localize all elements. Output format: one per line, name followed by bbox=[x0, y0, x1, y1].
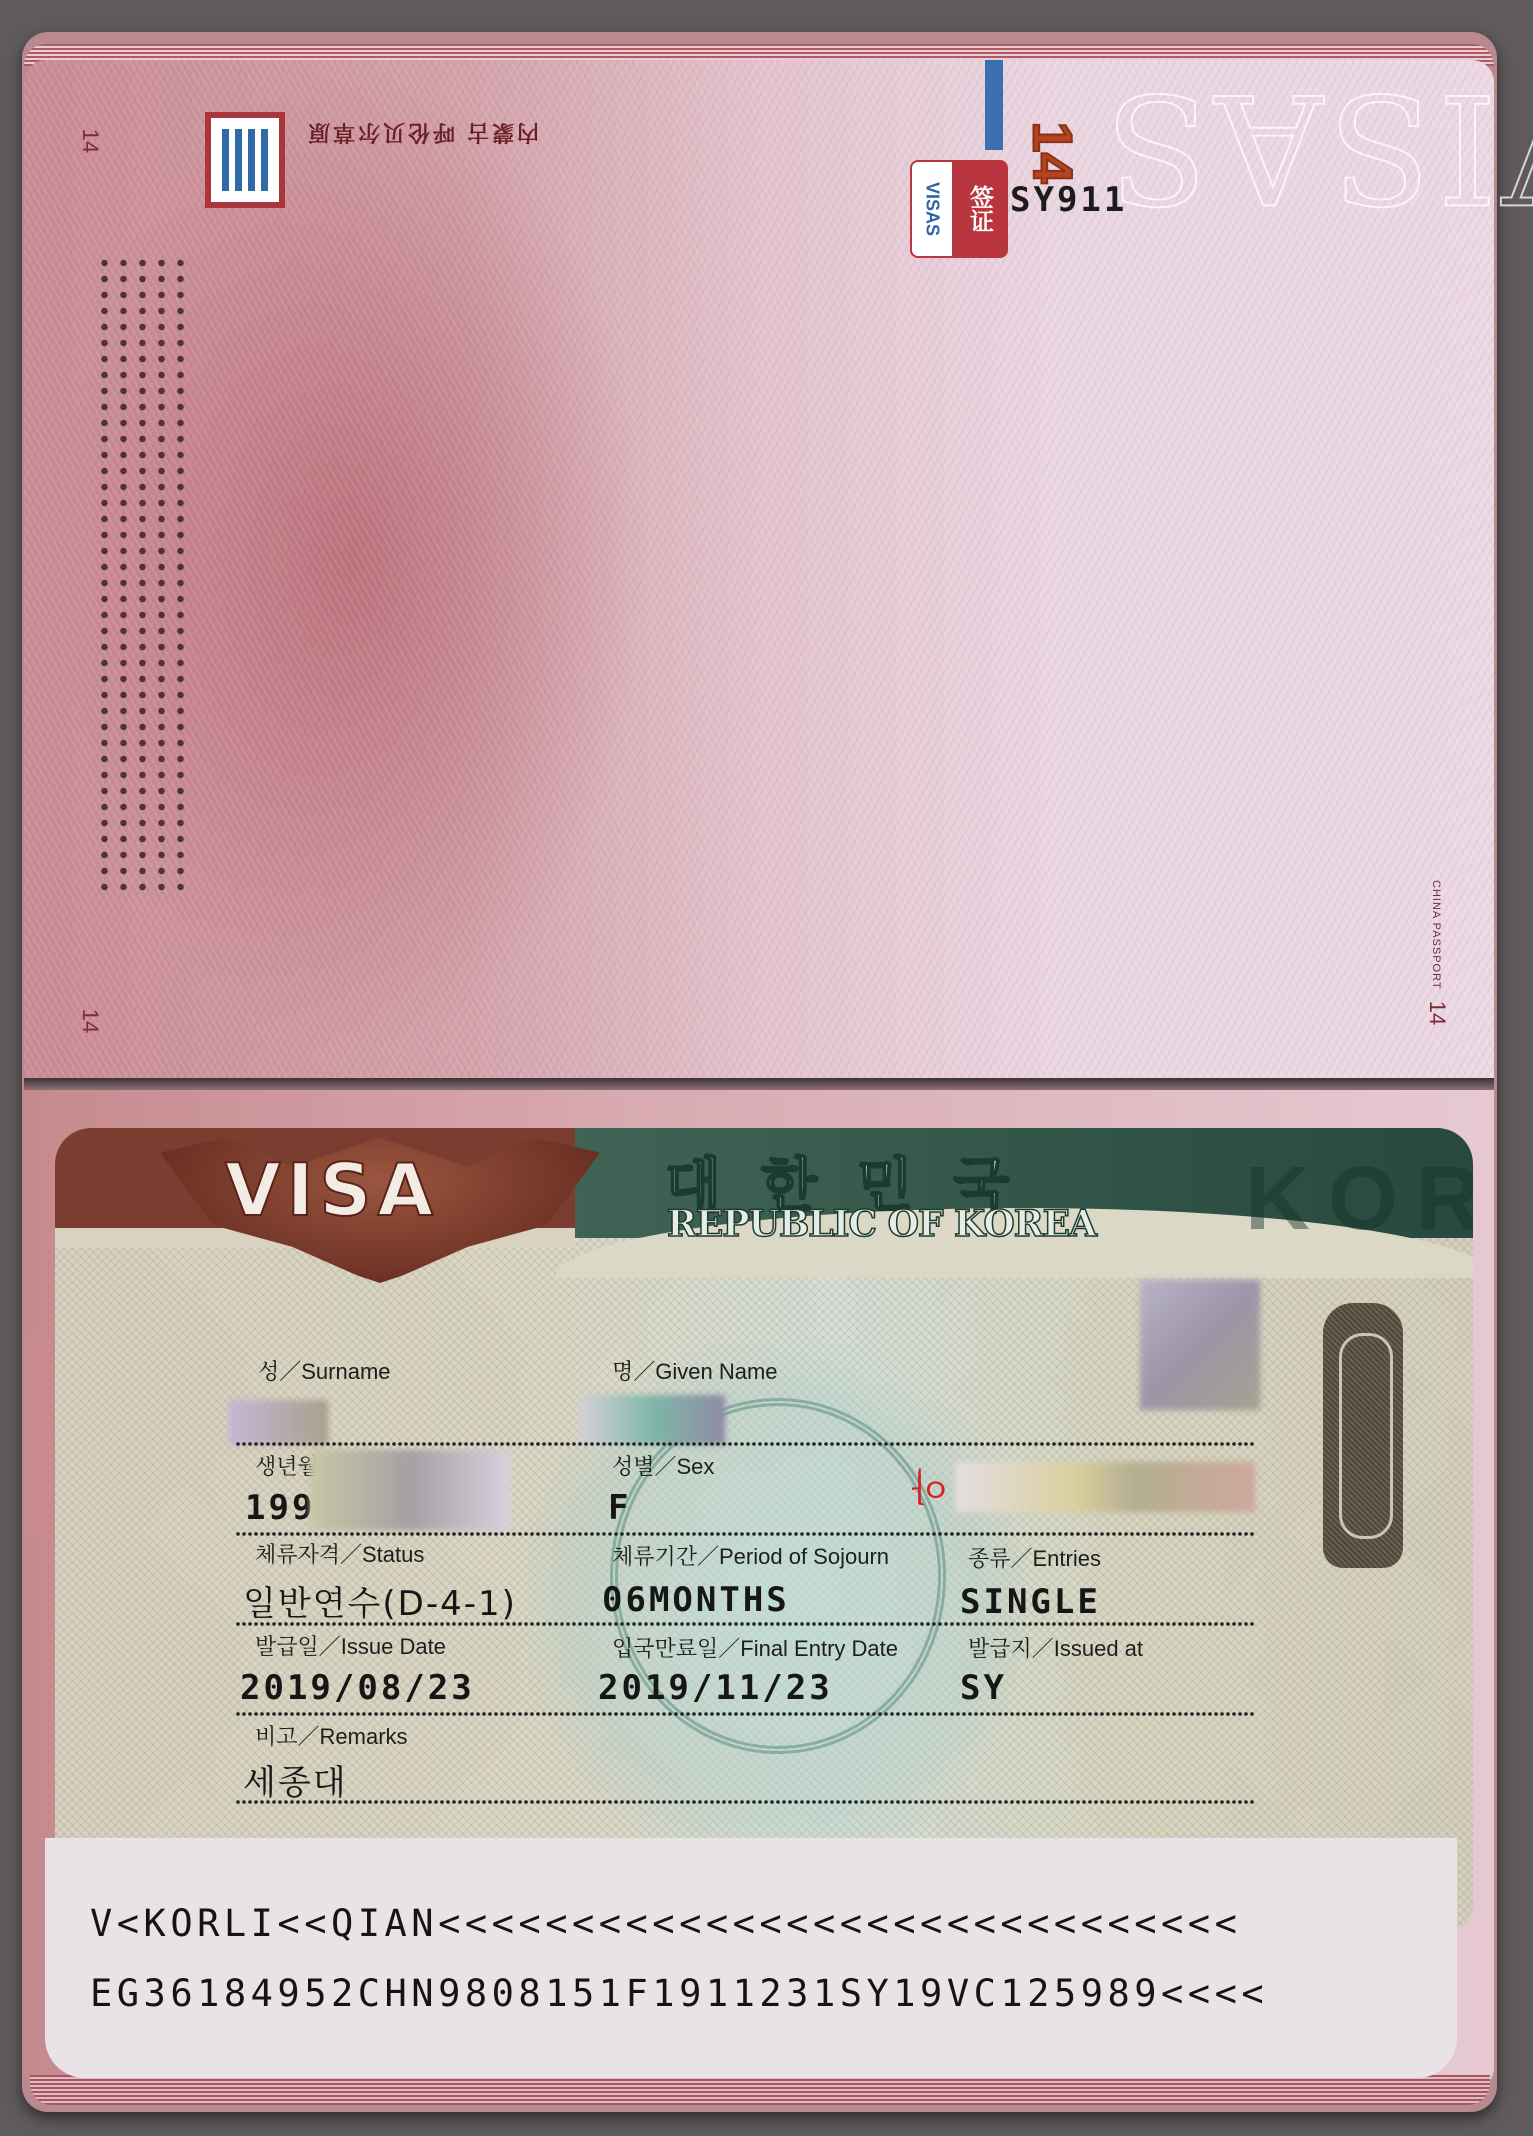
entries-value: SINGLE bbox=[960, 1582, 1101, 1622]
china-passport-label: CHINA PASSPORT bbox=[1430, 880, 1442, 990]
redacted-number bbox=[955, 1462, 1255, 1512]
final-entry-label: 입국만료일／Final Entry Date bbox=[612, 1632, 898, 1663]
mrz-line-2: EG36184952CHN9808151F1911231SY19VC125989… bbox=[90, 1972, 1268, 2015]
perforated-passport-number bbox=[95, 255, 185, 895]
booklet-fold bbox=[24, 1078, 1494, 1090]
period-label: 체류기간／Period of Sojourn bbox=[612, 1540, 889, 1571]
kor-watermark: KOR bbox=[1245, 1148, 1473, 1251]
remarks-value: 세종대 bbox=[243, 1755, 348, 1804]
visas-watermark: VISAS bbox=[1100, 60, 1533, 234]
issue-date-value: 2019/08/23 bbox=[240, 1668, 475, 1708]
row-divider bbox=[235, 1442, 1255, 1446]
visa-title: VISA bbox=[225, 1148, 439, 1232]
page-edges-bottom bbox=[30, 2075, 1490, 2105]
status-value: 일반연수(D-4-1) bbox=[243, 1576, 517, 1625]
final-entry-value: 2019/11/23 bbox=[598, 1668, 833, 1708]
page-number-top-left: 14 bbox=[77, 129, 103, 153]
birth-date-redacted bbox=[310, 1450, 510, 1530]
redacted-photo-area bbox=[1140, 1280, 1260, 1410]
remarks-label: 비고／Remarks bbox=[255, 1720, 408, 1751]
row-divider bbox=[235, 1622, 1255, 1626]
given-name-label: 명／Given Name bbox=[612, 1355, 778, 1386]
row-divider bbox=[235, 1712, 1255, 1716]
entries-label: 종류／Entries bbox=[968, 1542, 1101, 1573]
korean-visa-sticker: VISA 대한민국 REPUBLIC OF KOREA KOR bbox=[55, 1128, 1473, 1928]
issued-at-value: SY bbox=[960, 1668, 1007, 1708]
red-stamp-mark: 아 bbox=[905, 1468, 960, 1506]
page-number-bottom-left: 14 bbox=[77, 1009, 103, 1033]
mrz-line-1: V<KORLI<<QIAN<<<<<<<<<<<<<<<<<<<<<<<<<<<… bbox=[90, 1902, 1241, 1945]
traditional-ornament-icon bbox=[1323, 1303, 1403, 1568]
row-divider bbox=[235, 1532, 1255, 1536]
given-name-value-redacted bbox=[580, 1395, 725, 1445]
visas-badge: VISAS 签证 bbox=[910, 160, 1008, 258]
visa-document-number: SY911 bbox=[1010, 180, 1127, 220]
region-emblem-icon bbox=[205, 112, 285, 208]
issue-date-label: 발급일／Issue Date bbox=[255, 1630, 446, 1661]
security-ribbon bbox=[985, 60, 1003, 150]
period-value: 06MONTHS bbox=[602, 1580, 790, 1620]
issued-at-label: 발급지／Issued at bbox=[968, 1632, 1143, 1663]
surname-value-redacted bbox=[228, 1400, 328, 1445]
visas-badge-chinese: 签证 bbox=[952, 162, 1006, 256]
scenic-location-caption: 内蒙古 呼伦贝尔草原 bbox=[305, 118, 539, 149]
page-number-right: 14 bbox=[1424, 1001, 1450, 1025]
surname-label: 성／Surname bbox=[258, 1355, 391, 1386]
country-name-english: REPUBLIC OF KOREA bbox=[667, 1203, 1096, 1245]
row-divider bbox=[235, 1800, 1255, 1804]
sex-label: 성별／Sex bbox=[612, 1450, 714, 1481]
sex-value: F bbox=[608, 1488, 631, 1528]
visas-badge-english: VISAS bbox=[912, 162, 952, 256]
machine-readable-zone bbox=[45, 1838, 1457, 2078]
status-label: 체류자격／Status bbox=[255, 1538, 424, 1569]
page-number-large: 14 bbox=[1021, 121, 1086, 183]
